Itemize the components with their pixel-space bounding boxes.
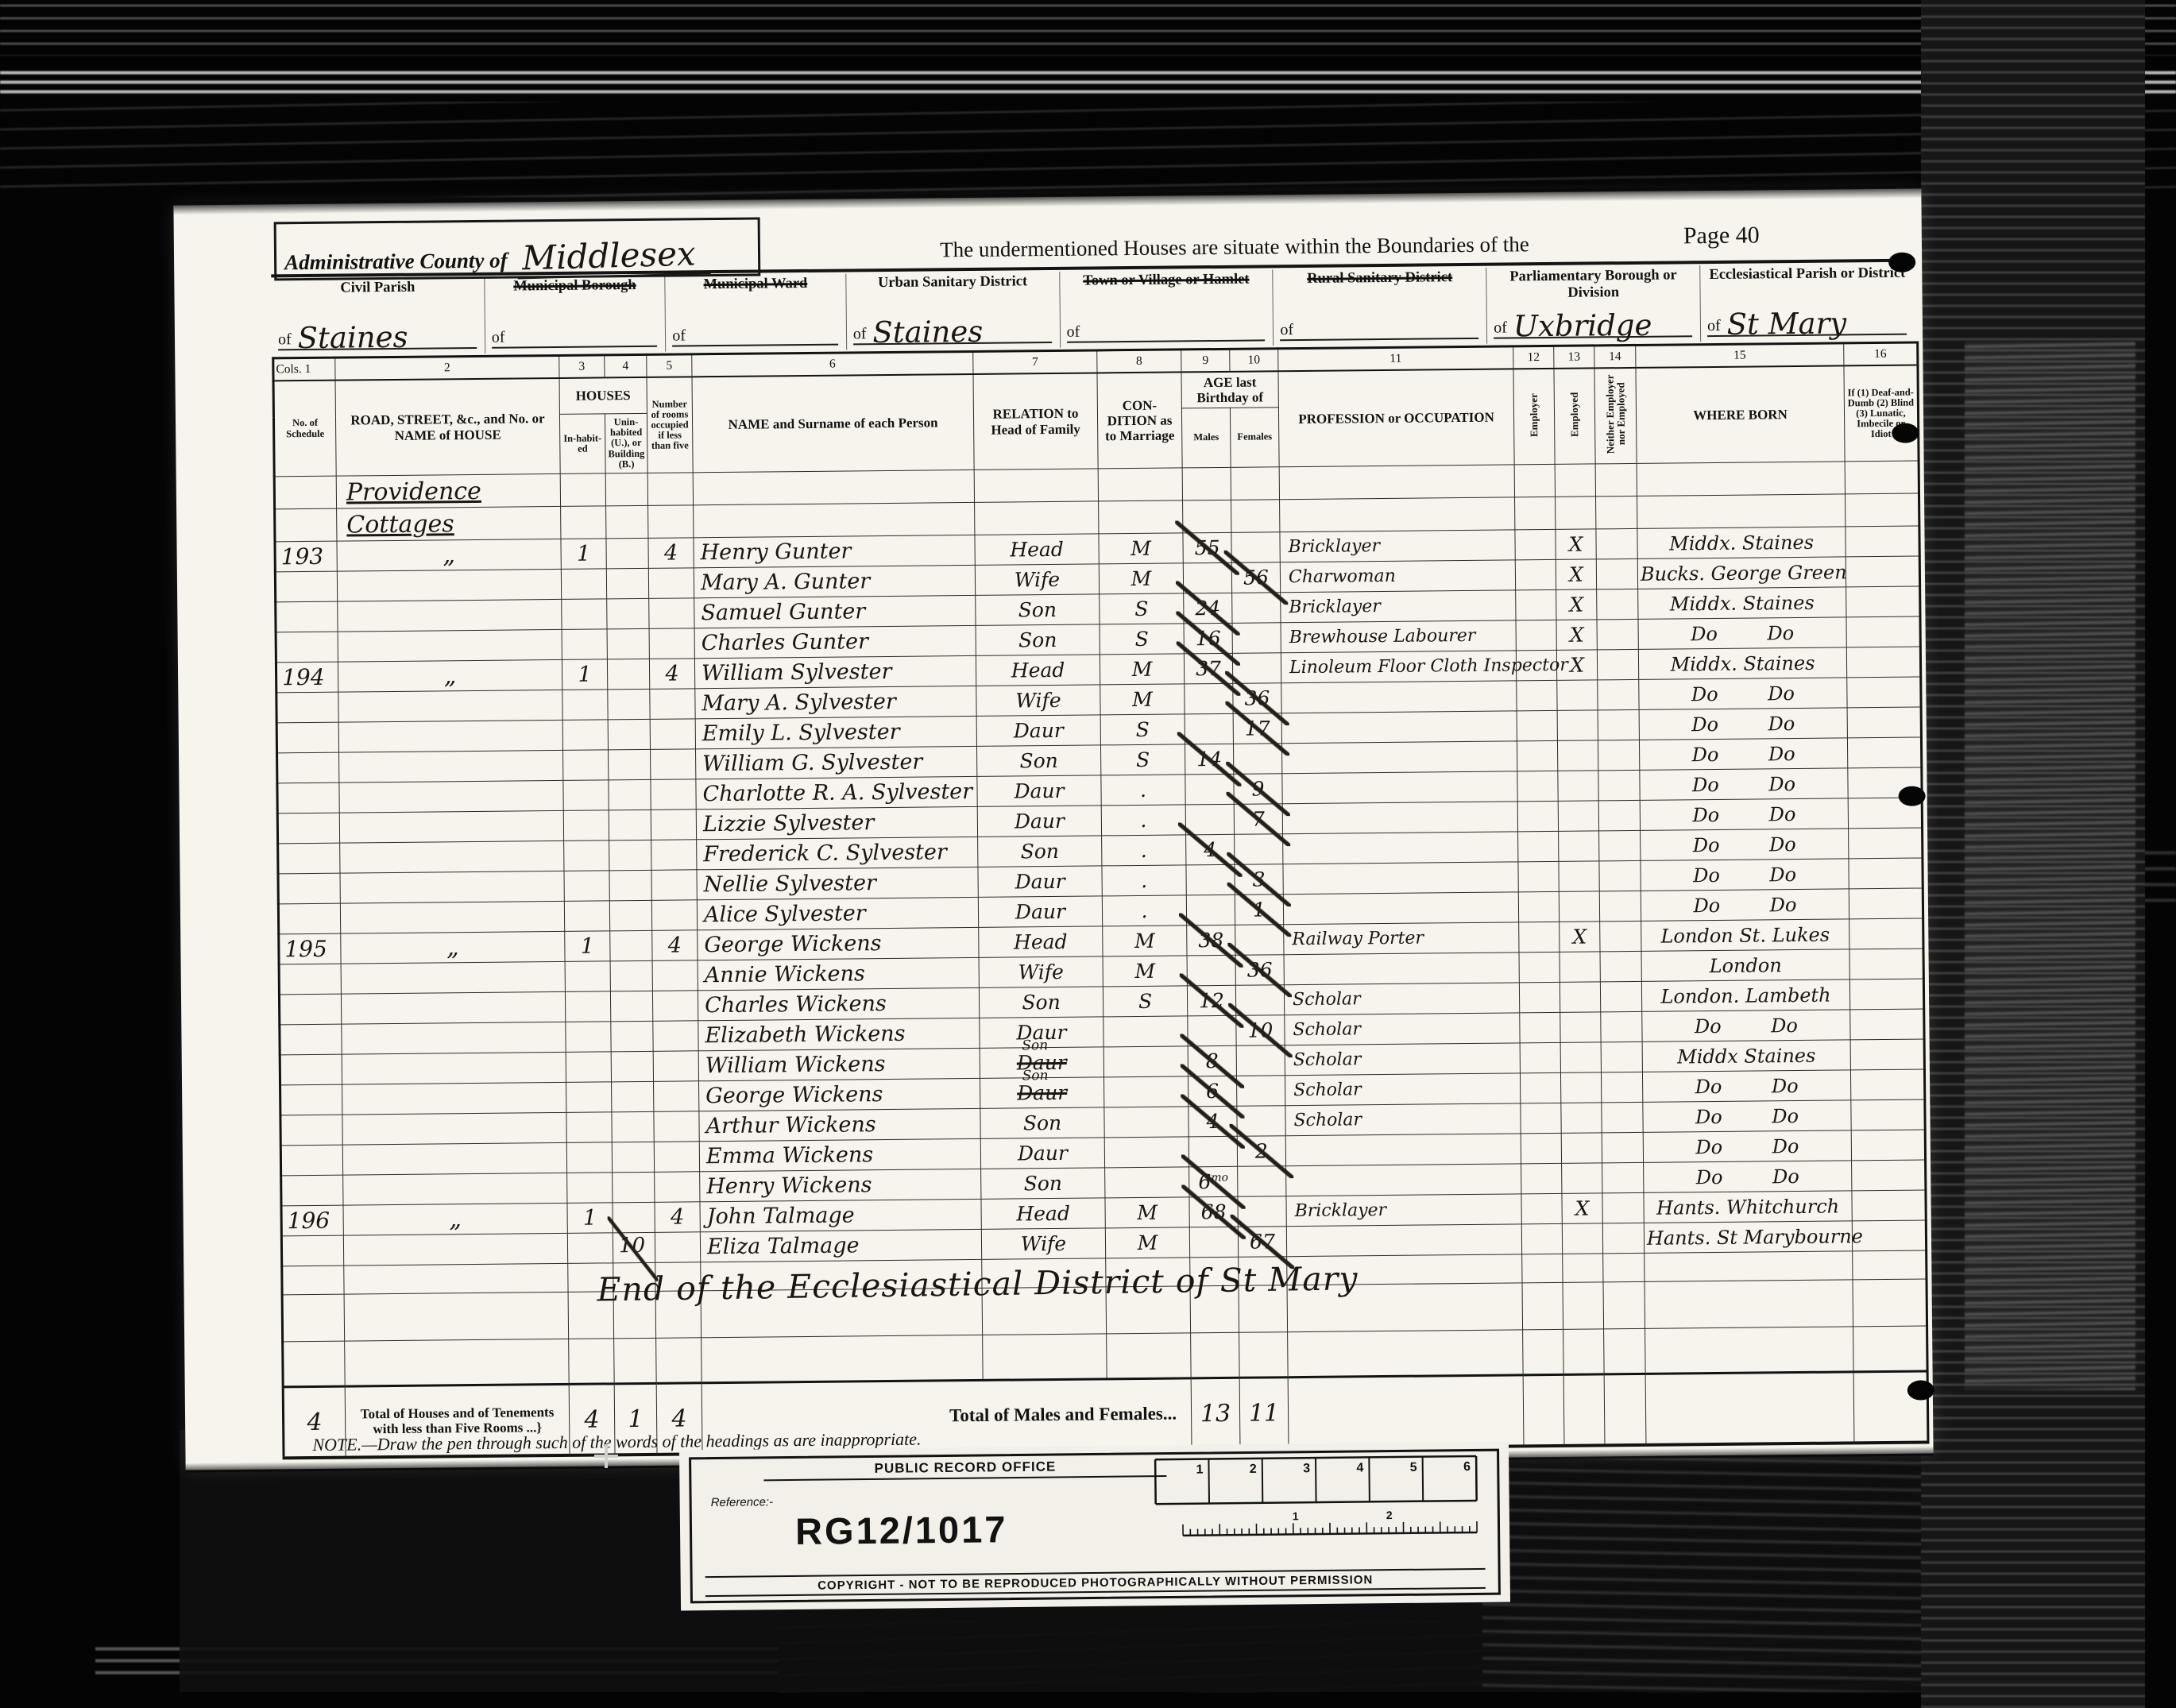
cell-uninhabited [612, 1111, 654, 1142]
cell-name: Henry Gunter [694, 535, 975, 567]
cell-schedule: 196 [281, 1205, 343, 1236]
cell-inhabited [565, 991, 610, 1022]
cell-age_m [1185, 683, 1233, 714]
cell-infirmity [1849, 828, 1923, 859]
of-label: of [1066, 323, 1080, 342]
cell-inhabited [562, 690, 608, 721]
cell-age_m [1183, 500, 1231, 533]
punch-hole [1907, 1380, 1934, 1400]
cell-uninhabited [606, 505, 648, 539]
cell-profession [1280, 497, 1515, 532]
cell-inhabited [566, 1142, 612, 1173]
cell-employer [1519, 922, 1560, 952]
cell-uninhabited [608, 719, 650, 750]
district-value-line: of [672, 326, 838, 347]
header-profession: PROFESSION or OCCUPATION [1278, 369, 1514, 466]
film-streak [0, 68, 2176, 95]
cell-employer [1517, 680, 1557, 710]
cell-age_f: 67 [1238, 1227, 1286, 1258]
cell-uninhabited [608, 689, 650, 720]
cell-rooms [654, 1142, 699, 1173]
cell-born: DoDo [1643, 1100, 1851, 1133]
district-value: Uxbridge [1513, 308, 1652, 344]
district-field: Rural Sanitary Districtof [1274, 268, 1488, 346]
cell-employed: X [1562, 1193, 1602, 1223]
of-label: of [1280, 321, 1293, 339]
cell-age_f [1235, 834, 1283, 865]
cell-employed [1560, 1042, 1601, 1072]
cell-schedule [277, 752, 339, 783]
cell-schedule [277, 783, 339, 813]
cell-relation: Daur [977, 775, 1101, 806]
cell-neither [1600, 951, 1641, 981]
cell-road [339, 780, 563, 813]
cell-rooms [654, 1111, 699, 1142]
cell-infirmity [1847, 677, 1921, 708]
ditto: Do [1691, 622, 1718, 644]
cell-employer [1520, 1012, 1560, 1042]
page-number: Page 40 [1683, 222, 1760, 249]
cell-employed: X [1556, 620, 1597, 650]
cell-rooms [653, 1021, 698, 1052]
cell-neither [1602, 1192, 1644, 1223]
cell-name: Nellie Sylvester [697, 867, 978, 899]
registration-cross-mark [594, 1444, 618, 1468]
cell-road: „ [343, 1203, 567, 1235]
cell-age_m [1185, 774, 1234, 805]
svg-text:6: 6 [1463, 1460, 1471, 1474]
cell-neither [1597, 619, 1638, 649]
cell-profession [1286, 1164, 1521, 1196]
cell-neither [1598, 770, 1640, 800]
column-number: 9 [1181, 349, 1230, 372]
cell-neither [1601, 1041, 1642, 1072]
header-employer: Employer [1513, 369, 1555, 465]
cell-schedule [280, 1054, 342, 1085]
ditto: Do [1695, 1014, 1722, 1037]
cell-condition [1098, 468, 1182, 501]
empty-cell [1604, 1328, 1646, 1374]
cell-rooms [651, 870, 697, 901]
cell-age_m: 14 [1185, 744, 1233, 775]
cell-employed [1557, 680, 1598, 710]
cell-condition [1105, 1167, 1189, 1198]
cell-uninhabited [609, 840, 651, 871]
header-road: ROAD, STREET, &c., and No. or NAME of HO… [335, 378, 560, 476]
cell-uninhabited [611, 1051, 653, 1082]
cell-inhabited [562, 720, 608, 751]
cell-age_f [1231, 532, 1280, 563]
cell-name: Henry Wickens [700, 1169, 981, 1201]
cell-born [1637, 494, 1846, 529]
cell-condition [1104, 1137, 1188, 1168]
empty-cell [1288, 1330, 1524, 1378]
ditto: Do [1692, 803, 1719, 825]
cell-born: DoDo [1643, 1130, 1851, 1163]
district-value: Staines [872, 315, 983, 350]
header-neither: Neither Employer nor Employed [1594, 368, 1637, 464]
cell-road [342, 1052, 566, 1084]
svg-text:5: 5 [1410, 1461, 1417, 1474]
cell-employed [1562, 1223, 1602, 1254]
header-employed: Employed [1554, 368, 1595, 464]
cell-condition: M [1105, 1197, 1189, 1228]
cell-condition [1099, 500, 1183, 534]
header-name: NAME and Surname of each Person [692, 374, 974, 473]
cell-relation: Head [981, 1198, 1105, 1229]
cell-condition: S [1100, 744, 1185, 775]
cell-employer [1520, 1072, 1560, 1103]
cell-inhabited: 1 [565, 931, 610, 962]
cell-inhabited [561, 569, 606, 600]
empty-cell [1563, 1329, 1605, 1374]
district-field: Municipal Wardof [666, 273, 847, 351]
header-houses: HOUSES [559, 377, 647, 415]
cell-age_m: 16 [1184, 623, 1232, 654]
ditto: Do [1692, 743, 1719, 765]
header-inhabited: In-habit-ed [559, 414, 605, 474]
cell-neither [1599, 860, 1641, 891]
ditto: Do [1693, 864, 1720, 886]
district-field: Town or Village or Hamletof [1060, 269, 1274, 348]
cell-born: Middx. Staines [1638, 647, 1846, 680]
cell-road: „ [338, 659, 562, 692]
district-value-line: of [1280, 319, 1478, 341]
empty-cell [1523, 1329, 1564, 1374]
cell-rooms: 4 [652, 930, 698, 961]
cell-road [343, 1233, 567, 1266]
empty-cell [701, 1335, 984, 1382]
cell-age_f [1231, 467, 1279, 500]
cell-rooms [651, 779, 696, 810]
cell-relation: Daur [977, 806, 1101, 837]
cell-rooms [648, 505, 694, 539]
empty-cell [1853, 1250, 1927, 1280]
ditto: Do [1771, 1014, 1798, 1037]
cell-employed [1558, 801, 1598, 831]
ditto: Do [1772, 1075, 1799, 1097]
cell-name: Annie Wickens [698, 957, 979, 990]
cell-profession: Charwoman [1280, 560, 1515, 593]
ditto-born: DoDo [1642, 712, 1845, 736]
cell-born: Middx. Staines [1637, 527, 1846, 559]
empty-cell [345, 1339, 570, 1386]
cell-age_m: 24 [1184, 593, 1232, 624]
pro-stamp-box: PUBLIC RECORD OFFICE Reference:- RG12/10… [689, 1449, 1501, 1604]
cell-road [342, 1112, 566, 1145]
cell-profession [1283, 892, 1518, 925]
cell-uninhabited [606, 538, 648, 569]
cell-uninhabited [612, 1142, 654, 1173]
cell-infirmity [1850, 1009, 1924, 1040]
cell-born: DoDo [1640, 768, 1848, 801]
cell-rooms [651, 900, 697, 931]
cell-name: Eliza Talmage [700, 1229, 981, 1262]
cell-age_f: 7 [1234, 804, 1282, 835]
reference-number: RG12/1017 [795, 1507, 1008, 1553]
cell-employer [1517, 801, 1558, 831]
cell-schedule [274, 476, 336, 509]
cell-rooms [650, 689, 695, 720]
cell-rooms: 4 [649, 659, 694, 690]
cell-neither [1599, 830, 1641, 860]
cell-employer [1520, 1042, 1560, 1072]
empty-cell [614, 1338, 657, 1384]
cell-employer [1516, 650, 1556, 680]
cell-profession [1279, 465, 1514, 500]
ditto: Do [1767, 622, 1794, 644]
cell-name: William Sylvester [694, 655, 976, 688]
ditto-born: DoDo [1643, 833, 1846, 856]
cell-condition: M [1103, 925, 1187, 956]
cell-road [338, 629, 562, 662]
empty-cell [1853, 1279, 1927, 1327]
cell-infirmity [1845, 461, 1919, 494]
cell-profession: Scholar [1285, 1013, 1520, 1045]
cell-road: „ [337, 539, 561, 571]
cell-rooms [650, 719, 695, 750]
ditto: Do [1769, 833, 1796, 856]
cell-age_m [1189, 1227, 1238, 1258]
cell-inhabited [567, 1233, 613, 1264]
svg-text:1: 1 [1196, 1463, 1203, 1477]
cell-condition: S [1100, 624, 1184, 655]
cell-road [342, 1022, 566, 1054]
cell-relation: DaurSon [980, 1077, 1104, 1108]
cell-schedule [281, 1235, 343, 1266]
cell-uninhabited [607, 659, 649, 690]
cell-road [341, 961, 565, 994]
cell-neither [1601, 1011, 1642, 1041]
cell-age_f: 10 [1236, 1015, 1285, 1046]
cell-born: DoDo [1641, 829, 1849, 861]
film-streak [0, 102, 2176, 197]
cell-infirmity [1852, 1190, 1926, 1221]
pro-office-title: PUBLIC RECORD OFFICE [763, 1458, 1166, 1481]
ditto: Do [1692, 773, 1719, 795]
cell-relation: Wife [976, 685, 1100, 716]
cell-road [338, 720, 562, 752]
district-label: Municipal Ward [671, 276, 841, 312]
cell-employed: X [1556, 559, 1596, 589]
cell-age_m: 4 [1186, 834, 1235, 865]
age-months: mo [1211, 1172, 1228, 1184]
cell-age_f [1236, 1076, 1285, 1107]
cell-relation [974, 469, 1098, 502]
cell-road [338, 690, 562, 722]
district-field: Ecclesiastical Parish or DistrictofSt Ma… [1700, 264, 1915, 342]
column-number: 12 [1513, 346, 1554, 369]
cell-road [341, 991, 565, 1024]
cell-name: William G. Sylvester [696, 746, 977, 779]
cell-born: DoDo [1642, 1070, 1850, 1103]
ditto: Do [1696, 1165, 1723, 1188]
cell-name [694, 502, 975, 537]
census-page: Administrative County of Middlesex The u… [173, 188, 1933, 1470]
cell-schedule [276, 722, 338, 753]
cell-profession [1285, 1134, 1521, 1166]
district-value-line: ofStaines [278, 319, 477, 350]
cell-inhabited [562, 629, 607, 660]
cell-profession: Scholar [1284, 983, 1519, 1015]
cell-schedule: 194 [276, 662, 338, 693]
cell-neither [1596, 528, 1637, 558]
district-fields: Civil ParishofStainesMunicipal Boroughof… [271, 264, 1915, 356]
cell-age_f [1238, 1196, 1286, 1227]
cell-profession: Brewhouse Labourer [1281, 620, 1516, 653]
cell-age_m [1187, 955, 1235, 986]
cell-age_m [1183, 562, 1231, 593]
cell-condition: M [1100, 654, 1184, 685]
cell-inhabited: 1 [567, 1203, 613, 1234]
column-number: 2 [335, 355, 559, 380]
cell-employer [1519, 952, 1560, 982]
cell-profession [1281, 681, 1517, 713]
cell-age_m: 55 [1183, 532, 1231, 563]
cell-name: George Wickens [699, 1078, 980, 1111]
ditto: Do [1772, 1165, 1799, 1188]
ditto: Do [1693, 833, 1720, 856]
ditto: Do [1695, 1105, 1722, 1127]
cell-relation: Son [976, 624, 1100, 655]
empty-cell [283, 1341, 346, 1387]
cell-employer [1521, 1223, 1562, 1254]
cell-neither [1596, 496, 1637, 528]
empty-cell [1604, 1374, 1646, 1445]
ditto: Do [1691, 682, 1718, 705]
column-number: 7 [973, 350, 1097, 374]
cell-employed [1560, 952, 1600, 982]
cell-born: DoDo [1639, 738, 1847, 771]
admin-county-label: Administrative County of [284, 249, 508, 276]
cell-employer [1515, 559, 1556, 589]
cell-age_m [1188, 1136, 1237, 1167]
cell-employer [1521, 1133, 1561, 1163]
cell-employer [1521, 1163, 1562, 1193]
cell-age_f: 3 [1235, 864, 1283, 895]
cell-uninhabited [612, 1081, 654, 1112]
cell-age_m [1186, 895, 1235, 925]
ditto-born: DoDo [1646, 1165, 1849, 1188]
cell-uninhabited [613, 1172, 655, 1203]
header-where-born: WHERE BORN [1636, 365, 1845, 463]
cell-born: DoDo [1642, 1010, 1850, 1042]
cell-name: Alice Sylvester [697, 897, 978, 929]
cell-infirmity [1851, 1099, 1925, 1130]
cell-schedule [276, 692, 338, 723]
cell-road [340, 871, 564, 903]
cell-age_m [1188, 1015, 1236, 1046]
cell-infirmity [1846, 586, 1920, 617]
ditto-born: DoDo [1645, 1014, 1847, 1038]
cell-schedule [281, 1175, 343, 1206]
cell-schedule [276, 632, 338, 663]
cell-name: Lizzie Sylvester [696, 806, 977, 839]
cell-rooms [649, 628, 694, 659]
cell-inhabited [566, 1052, 611, 1083]
cell-employed [1558, 771, 1598, 801]
total-males: 13 [1191, 1378, 1240, 1449]
cell-name: William Wickens [698, 1048, 980, 1080]
cell-road [338, 599, 562, 632]
cell-road: „ [341, 931, 565, 964]
empty-cell [656, 1338, 702, 1384]
cell-born: DoDo [1644, 1161, 1852, 1193]
cell-schedule [279, 964, 341, 995]
cell-condition: M [1103, 956, 1187, 987]
ditto-born: DoDo [1641, 682, 1844, 705]
empty-cell [282, 1294, 345, 1342]
empty-cell [344, 1292, 569, 1341]
cell-neither [1602, 1132, 1643, 1162]
film-edge-texture [1921, 0, 2145, 1708]
cell-relation: Son [976, 745, 1100, 776]
cell-employed: X [1560, 922, 1600, 952]
cell-schedule [276, 601, 338, 632]
cell-age_f: 9 [1234, 774, 1282, 805]
cell-employer [1519, 982, 1560, 1012]
cell-neither [1597, 589, 1638, 619]
cell-infirmity [1846, 616, 1920, 647]
cell-infirmity [1849, 979, 1923, 1010]
empty-cell [282, 1266, 344, 1295]
empty-cell [1645, 1372, 1854, 1445]
column-number: Cols. 1 [273, 357, 335, 381]
ditto: Do [1695, 1135, 1722, 1157]
total-females: 11 [1239, 1378, 1289, 1449]
cell-age_m [1186, 864, 1235, 895]
cell-employer [1518, 861, 1559, 891]
cell-inhabited: 1 [561, 539, 606, 570]
cell-neither [1596, 558, 1637, 589]
cell-employer [1517, 771, 1558, 801]
district-value: St Mary [1726, 306, 1846, 341]
cell-profession: Railway Porter [1284, 922, 1519, 955]
ditto: Do [1768, 713, 1795, 735]
district-value-line: ofStaines [853, 314, 1052, 345]
cell-born: Hants. St Marybourne [1644, 1221, 1852, 1254]
cell-profession [1284, 953, 1519, 985]
cell-neither [1600, 981, 1641, 1011]
cell-neither [1598, 709, 1639, 740]
district-value: Staines [297, 320, 408, 355]
cell-rooms [653, 1051, 698, 1082]
district-value-line: ofUxbridge [1494, 307, 1692, 338]
cell-born: London [1641, 949, 1849, 982]
cell-schedule [280, 1115, 342, 1146]
cell-schedule: 195 [279, 933, 341, 964]
empty-cell [1288, 1375, 1524, 1448]
column-number: 10 [1230, 349, 1278, 372]
cell-employer [1518, 891, 1559, 922]
cell-age_m: 8 [1188, 1045, 1236, 1076]
cell-age_m: 68 [1189, 1196, 1238, 1227]
header-males: Males [1181, 408, 1231, 468]
ditto-born: DoDo [1644, 893, 1846, 917]
cell-profession [1282, 802, 1517, 834]
cell-infirmity [1850, 1069, 1924, 1100]
cell-age_m [1185, 713, 1233, 744]
column-number: 15 [1636, 343, 1844, 368]
empty-cell [1191, 1332, 1240, 1378]
cell-age_m: 6mo [1189, 1166, 1238, 1197]
cell-age_m: 6 [1188, 1076, 1236, 1107]
cell-rooms [652, 991, 698, 1022]
cell-schedule [278, 903, 340, 934]
cell-age_f [1232, 623, 1281, 654]
cell-relation: Daur [978, 866, 1102, 897]
cell-road [343, 1173, 567, 1205]
